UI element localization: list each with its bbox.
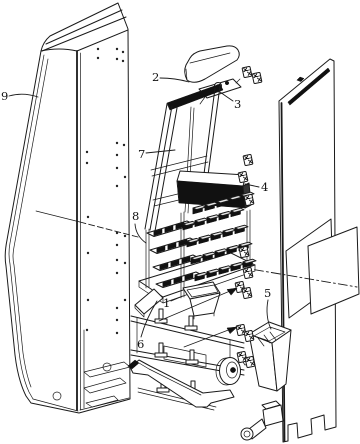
part-label-3-leader [220, 92, 233, 101]
part-label-7: 7 [138, 147, 145, 161]
part-label-8-leader [135, 224, 146, 243]
cabinet-shell [5, 3, 130, 413]
part-label-2-leader [160, 78, 189, 82]
part-label-9: 9 [1, 89, 8, 103]
mounting-clips [235, 66, 262, 367]
part-label-2: 2 [152, 70, 159, 84]
part-label-7-leader [146, 150, 175, 153]
part-label-4: 4 [261, 180, 268, 194]
part-label-5: 5 [264, 286, 271, 300]
part-label-1: 1 [163, 296, 170, 310]
part-label-8: 8 [132, 209, 139, 223]
part-label-6: 6 [137, 337, 144, 351]
exploded-view-figure: 1 2 3 4 5 6 7 8 9 [0, 0, 360, 444]
collection-hopper [183, 282, 220, 319]
part-label-1-leader [171, 296, 183, 301]
part-label-3: 3 [234, 97, 241, 111]
bent-bracket [128, 360, 234, 407]
waste-bin [249, 322, 291, 391]
patent-figure-page: 1 2 3 4 5 6 7 8 9 [0, 0, 360, 444]
shaft-assembly [241, 401, 283, 440]
top-enclosure [185, 46, 240, 82]
